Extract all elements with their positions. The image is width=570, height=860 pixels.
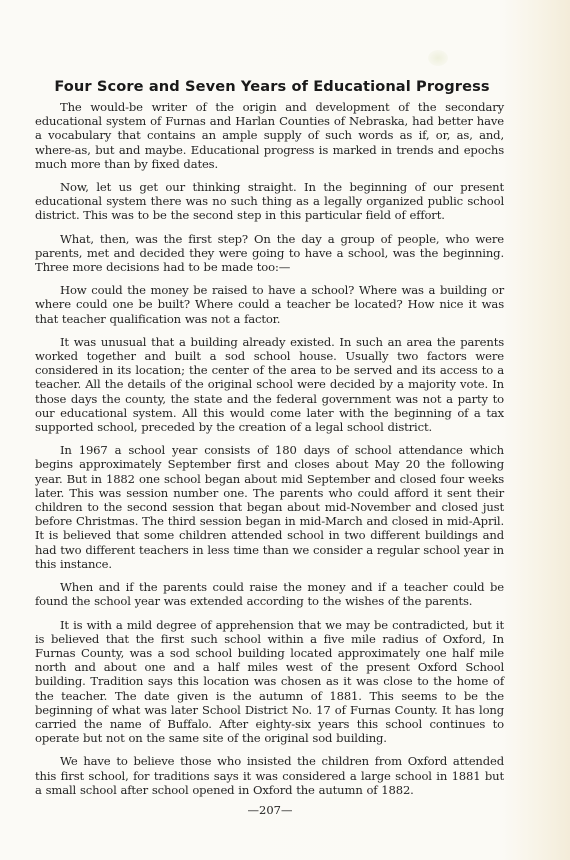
- paragraph-first-step: What, then, was the first step? On the d…: [35, 232, 504, 275]
- paragraph-intro: The would-be writer of the origin and de…: [35, 100, 504, 171]
- paragraph-first-school-oxford: It is with a mild degree of apprehension…: [35, 618, 504, 746]
- book-page: Four Score and Seven Years of Educationa…: [0, 0, 570, 860]
- paragraph-thinking-straight: Now, let us get our thinking straight. I…: [35, 180, 504, 223]
- paragraph-extended-year: When and if the parents could raise the …: [35, 580, 504, 608]
- paragraph-decisions: How could the money be raised to have a …: [35, 283, 504, 326]
- paragraph-children-from-oxford: We have to believe those who insisted th…: [35, 754, 504, 797]
- page-number: —207—: [0, 803, 540, 817]
- paper-smudge: [428, 50, 448, 66]
- body-text: The would-be writer of the origin and de…: [35, 100, 504, 806]
- page-title: Four Score and Seven Years of Educationa…: [52, 78, 492, 95]
- paragraph-sod-school-house: It was unusual that a building already e…: [35, 335, 504, 434]
- paragraph-school-year: In 1967 a school year consists of 180 da…: [35, 443, 504, 571]
